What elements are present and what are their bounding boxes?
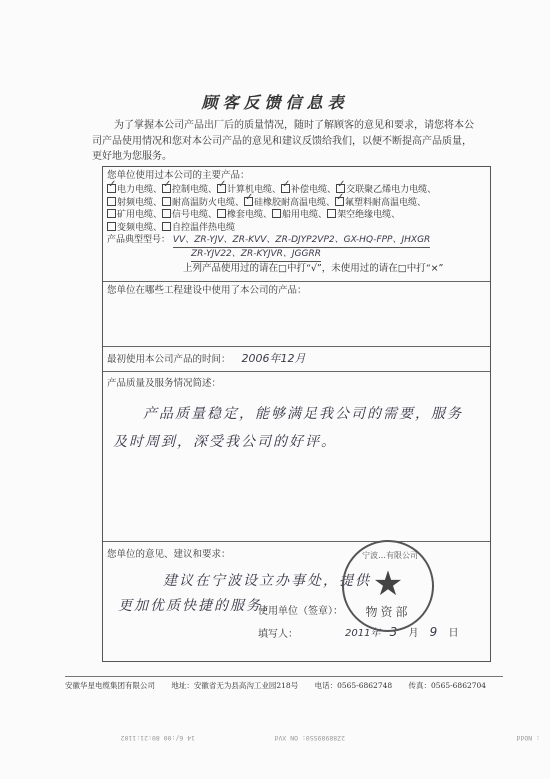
empty-box-icon[interactable]: [107, 197, 116, 206]
first-use-value[interactable]: 2006年12月: [242, 352, 306, 365]
product-option[interactable]: 矿用电缆、: [107, 210, 162, 220]
quality-section: 产品质量及服务情况简述： 产品质量稳定，能够满足我公司的需要，服务 及时周到，深…: [103, 372, 490, 542]
opinions-label: 您单位的意见、建议和要求：: [103, 542, 490, 563]
models-value-2[interactable]: ZR-YJV22、ZR-KYJVR、JGGRR: [191, 248, 321, 262]
product-option[interactable]: 耐高温防火电缆、: [162, 198, 244, 208]
footer-fax: 传真：0565-6862704: [409, 681, 487, 690]
product-option[interactable]: 变频电缆、: [107, 223, 162, 233]
product-option-label: 补偿电缆、: [291, 185, 336, 195]
checked-box-icon[interactable]: [107, 184, 116, 193]
product-option[interactable]: 船用电缆、: [272, 210, 327, 220]
product-option-label: 交联聚乙烯电力电缆、: [346, 185, 436, 195]
fax-header-middle: 2Z88989SS0: ON XVd: [275, 734, 345, 742]
product-option-label: 控制电缆、: [172, 185, 217, 195]
product-row: 变频电缆、自控温伴热电缆: [107, 222, 486, 235]
product-option-label: 氟塑料耐高温电缆、: [345, 198, 426, 208]
models-row-2: ZR-YJV22、ZR-KYJVR、JGGRR: [103, 248, 490, 262]
product-option[interactable]: 自控温伴热电缆: [162, 223, 235, 233]
checked-box-icon[interactable]: [217, 184, 226, 193]
projects-section: 您单位在哪些工程建设中使用了本公司的产品：: [103, 282, 490, 347]
footer-address: 地址：安徽省无为县高沟工业园218号: [171, 681, 298, 690]
filler-label: 填写人：: [258, 625, 298, 640]
models-value-1[interactable]: VV、ZR-YJV、ZR-KVV、ZR-DJYP2VP2、GX-HQ-FPP、J…: [173, 234, 430, 248]
empty-box-icon[interactable]: [162, 222, 171, 231]
product-row: 电力电缆、控制电缆、计算机电缆、补偿电缆、交联聚乙烯电力电缆、: [107, 184, 486, 197]
first-use-row: 最初使用本公司产品的时间： 2006年12月: [103, 347, 490, 368]
checked-box-icon[interactable]: [281, 184, 290, 193]
empty-box-icon[interactable]: [107, 209, 116, 218]
product-option-label: 计算机电缆、: [227, 185, 281, 195]
empty-box-icon[interactable]: [327, 209, 336, 218]
checked-box-icon[interactable]: [162, 184, 171, 193]
empty-box-icon[interactable]: [107, 222, 116, 231]
product-option[interactable]: 氟塑料耐高温电缆、: [335, 198, 426, 208]
intro-line-3: 更好地为您服务。: [92, 149, 502, 165]
product-option[interactable]: 补偿电缆、: [281, 185, 336, 195]
product-option-label: 自控温伴热电缆: [172, 223, 235, 233]
product-option-label: 架空绝缘电缆、: [337, 210, 400, 220]
quality-text-2[interactable]: 及时周到，深受我公司的好评。: [103, 428, 490, 456]
footer-phone: 电话：0565-6862748: [315, 681, 393, 690]
product-option[interactable]: 射频电缆、: [107, 198, 162, 208]
product-row: 射频电缆、耐高温防火电缆、硅橡胶耐高温电缆、氟塑料耐高温电缆、: [107, 197, 486, 210]
unit-signature-label: 使用单位（签章）：: [258, 602, 343, 617]
fax-header-right: 14 6/:00 80:21:1102: [121, 734, 195, 742]
product-option-label: 电力电缆、: [117, 185, 162, 195]
checked-box-icon[interactable]: [335, 197, 344, 206]
product-option-label: 射频电缆、: [117, 198, 162, 208]
empty-box-icon[interactable]: [217, 209, 226, 218]
seal-ring-text: 宁波…有限公司: [354, 550, 426, 561]
month-label: 月: [408, 628, 418, 639]
footer: 安徽华星电缆集团有限公司 地址：安徽省无为县高沟工业园218号 电话：0565-…: [65, 680, 515, 691]
products-section: 您单位使用过本公司的主要产品： 电力电缆、控制电缆、计算机电缆、补偿电缆、交联聚…: [103, 167, 490, 282]
date-day[interactable]: 9: [430, 625, 438, 639]
product-option[interactable]: 电力电缆、: [107, 185, 162, 195]
fax-header-left: : NOdd: [517, 734, 540, 742]
product-option[interactable]: 硅橡胶耐高温电缆、: [244, 198, 335, 208]
product-option[interactable]: 交联聚乙烯电力电缆、: [336, 185, 436, 195]
company-seal: 宁波…有限公司 ★ 物资部: [342, 540, 434, 632]
first-use-section: 最初使用本公司产品的时间： 2006年12月: [103, 347, 490, 372]
product-option-label: 橡套电缆、: [227, 210, 272, 220]
empty-box-icon[interactable]: [272, 209, 281, 218]
product-option[interactable]: 信号电缆、: [162, 210, 217, 220]
product-option[interactable]: 架空绝缘电缆、: [327, 210, 400, 220]
models-label: 产品典型型号：: [107, 235, 170, 245]
day-label: 日: [448, 628, 458, 639]
footer-divider: [65, 676, 503, 677]
seal-department: 物资部: [344, 603, 432, 620]
intro-line-2: 司产品使用情况和您对本公司产品的意见和建议反馈给我们，以便不断提高产品质量，: [92, 134, 502, 150]
intro-paragraph: 为了掌握本公司产品出厂后的质量情况，随时了解顾客的意见和要求，请您将本公 司产品…: [92, 118, 502, 165]
projects-label: 您单位在哪些工程建设中使用了本公司的产品：: [103, 282, 490, 299]
models-row: 产品典型型号： VV、ZR-YJV、ZR-KVV、ZR-DJYP2VP2、GX-…: [103, 234, 490, 248]
product-option[interactable]: 控制电缆、: [162, 185, 217, 195]
product-option-label: 变频电缆、: [117, 223, 162, 233]
product-option-label: 矿用电缆、: [117, 210, 162, 220]
star-icon: ★: [344, 564, 432, 604]
quality-text-1[interactable]: 产品质量稳定，能够满足我公司的需要，服务: [103, 400, 490, 428]
quality-label: 产品质量及服务情况简述：: [103, 372, 490, 392]
product-option-label: 信号电缆、: [172, 210, 217, 220]
checkbox-instructions: 上列产品使用过的请在□中打“√”，未使用过的请在□中打“×”: [103, 262, 490, 275]
product-checklist: 电力电缆、控制电缆、计算机电缆、补偿电缆、交联聚乙烯电力电缆、射频电缆、耐高温防…: [103, 184, 490, 234]
product-option-label: 耐高温防火电缆、: [172, 198, 244, 208]
empty-box-icon[interactable]: [162, 197, 171, 206]
checked-box-icon[interactable]: [244, 197, 253, 206]
products-label: 您单位使用过本公司的主要产品：: [103, 167, 490, 184]
document-title: 顾客反馈信息表: [0, 90, 550, 113]
footer-company: 安徽华星电缆集团有限公司: [65, 681, 155, 690]
product-row: 矿用电缆、信号电缆、橡套电缆、船用电缆、架空绝缘电缆、: [107, 209, 486, 222]
empty-box-icon[interactable]: [162, 209, 171, 218]
first-use-label: 最初使用本公司产品的时间：: [107, 354, 231, 365]
product-option-label: 硅橡胶耐高温电缆、: [254, 198, 335, 208]
product-option[interactable]: 橡套电缆、: [217, 210, 272, 220]
intro-line-1: 为了掌握本公司产品出厂后的质量情况，随时了解顾客的意见和要求，请您将本公: [114, 120, 474, 131]
product-option-label: 船用电缆、: [282, 210, 327, 220]
